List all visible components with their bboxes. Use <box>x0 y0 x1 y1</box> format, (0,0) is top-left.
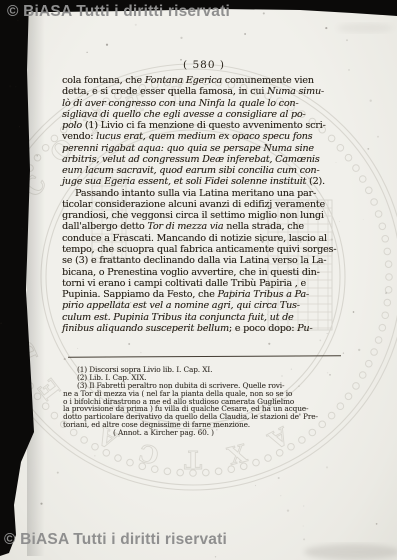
main-text-block: cola fontana, che Fontana Egerica comune… <box>62 75 348 334</box>
text-line: grandiosi, che veggonsi circa il settimo… <box>62 210 348 221</box>
text-line: lò di aver congresso con una Ninfa la qu… <box>62 98 348 109</box>
text-line: arbitris, velut ad congressum Deæ infere… <box>62 154 348 165</box>
text-line: vendo: lucus erat, quem medium ex opaco … <box>62 131 348 142</box>
scanned-book-page: EDES·CONTIAXTCA © BiASA Tutti i diritti … <box>0 0 397 560</box>
text-line: eum lacum sacravit, quod earum sibi conc… <box>62 165 348 176</box>
text-line: bicana, o Prenestina voglio avvertire, c… <box>62 267 348 278</box>
text-line: finibus aliquando susceperit bellum; e p… <box>62 323 348 334</box>
copyright-watermark-top: © BiASA Tutti i diritti riservati <box>7 3 230 21</box>
text-line: juge sua Egeria essent, et soli Fidei so… <box>62 176 348 187</box>
text-line: sigliava di quello che egli avesse a con… <box>62 109 348 120</box>
text-line: culum est. Pupinia Tribus ita conjuncta … <box>62 312 348 323</box>
top-right-smudge <box>337 23 393 33</box>
text-line: dall'albergo detto Tor di mezza via nell… <box>62 221 348 232</box>
footnote-line: ( Annot. a Kircher pag. 60. ) <box>63 429 349 437</box>
text-line: se (3) e frattanto declinando dalla via … <box>62 255 348 266</box>
text-line: ticolar considerazione alcuni avanzi di … <box>62 199 348 210</box>
text-line: perenni rigabat aqua: quo quia se persap… <box>62 143 348 154</box>
text-line: Pupinia. Sappiamo da Festo, che Papiria … <box>62 289 348 300</box>
footnote-block: (1) Discorsi sopra Livio lib. I. Cap. XI… <box>63 366 349 437</box>
text-line: tempo, che scuopra qual fabrica anticame… <box>62 244 348 255</box>
text-line: Passando intanto sulla via Latina merita… <box>62 188 348 199</box>
text-line: polo (1) Livio ci fa menzione di questo … <box>62 120 348 131</box>
bottom-right-smudge <box>304 544 397 560</box>
text-line: torni vi erano i campi coltivati dalle T… <box>62 278 348 289</box>
text-line: detta, e si crede esser quella famosa, i… <box>62 86 348 97</box>
text-line: conduce a Frascati. Mancando di notizie … <box>62 233 348 244</box>
copyright-watermark-bottom: © BiASA Tutti i diritti riservati <box>4 531 227 549</box>
text-line: pirio appellata est vel a nomine agri, q… <box>62 300 348 311</box>
text-line: cola fontana, che Fontana Egerica comune… <box>62 75 348 86</box>
page-number: ( 580 ) <box>62 59 346 71</box>
left-border-shadow <box>27 0 45 556</box>
